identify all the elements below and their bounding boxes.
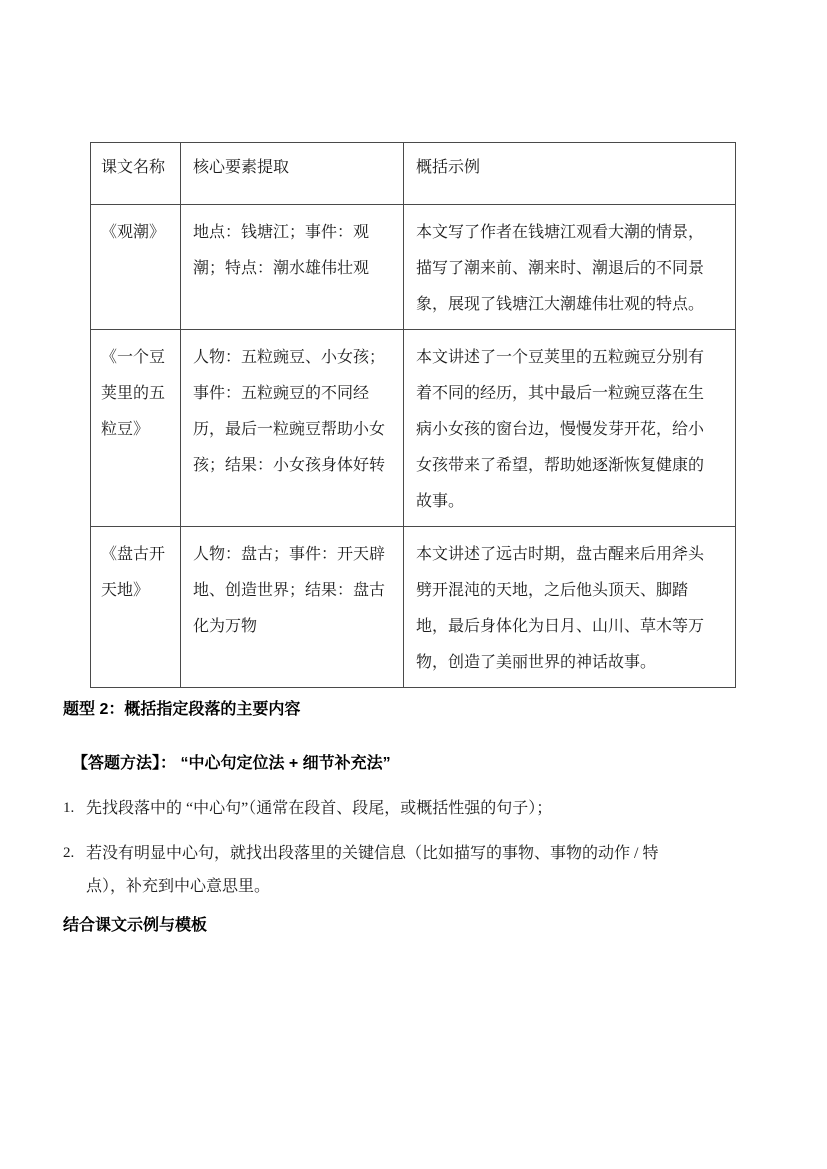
- header-summary-example: 概括示例: [404, 143, 736, 205]
- answer-method-label: 【答题方法】： “中心句定位法 + 细节补充法”: [72, 752, 784, 776]
- list-item: 1. 先找段落中的 “中心句”（通常在段首、段尾，或概括性强的句子）；: [63, 792, 775, 825]
- table-row: 《观潮》 地点：钱塘江；事件：观 潮；特点：潮水雄伟壮观 本文写了作者在钱塘江观…: [91, 205, 736, 330]
- header-lesson-name: 课文名称: [91, 143, 181, 205]
- summary-cell: 本文写了作者在钱塘江观看大潮的情景， 描写了潮来前、潮来时、潮退后的不同景 象，…: [404, 205, 736, 330]
- summary-cell: 本文讲述了一个豆荚里的五粒豌豆分别有 着不同的经历，其中最后一粒豌豆落在生 病小…: [404, 330, 736, 527]
- lesson-title-cell: 《观潮》: [91, 205, 181, 330]
- list-item: 2. 若没有明显中心句，就找出段落里的关键信息（比如描写的事物、事物的动作 / …: [63, 837, 775, 903]
- lesson-summary-table: 课文名称 核心要素提取 概括示例 《观潮》 地点：钱塘江；事件：观 潮；特点：潮…: [90, 142, 736, 688]
- list-item-number: 2.: [63, 837, 86, 870]
- lesson-title-cell: 《盘古开 天地》: [91, 527, 181, 688]
- core-elements-cell: 人物：五粒豌豆、小女孩； 事件：五粒豌豆的不同经 历，最后一粒豌豆帮助小女 孩；…: [181, 330, 404, 527]
- summary-cell: 本文讲述了远古时期，盘古醒来后用斧头 劈开混沌的天地，之后他头顶天、脚踏 地，最…: [404, 527, 736, 688]
- method-steps-list: 1. 先找段落中的 “中心句”（通常在段首、段尾，或概括性强的句子）； 2. 若…: [63, 792, 775, 915]
- header-core-elements: 核心要素提取: [181, 143, 404, 205]
- core-elements-cell: 地点：钱塘江；事件：观 潮；特点：潮水雄伟壮观: [181, 205, 404, 330]
- core-elements-cell: 人物：盘古；事件：开天辟 地、创造世界；结果：盘古 化为万物: [181, 527, 404, 688]
- list-item-number: 1.: [63, 792, 86, 825]
- footer-heading-examples-templates: 结合课文示例与模板: [63, 915, 775, 937]
- list-item-text: 先找段落中的 “中心句”（通常在段首、段尾，或概括性强的句子）；: [86, 792, 775, 825]
- table-header-row: 课文名称 核心要素提取 概括示例: [91, 143, 736, 205]
- list-item-text: 若没有明显中心句，就找出段落里的关键信息（比如描写的事物、事物的动作 / 特 点…: [86, 837, 775, 903]
- table-row: 《盘古开 天地》 人物：盘古；事件：开天辟 地、创造世界；结果：盘古 化为万物 …: [91, 527, 736, 688]
- table-row: 《一个豆 荚里的五 粒豆》 人物：五粒豌豆、小女孩； 事件：五粒豌豆的不同经 历…: [91, 330, 736, 527]
- section-heading-question-type-2: 题型 2：概括指定段落的主要内容: [63, 699, 775, 721]
- document-page: 课文名称 核心要素提取 概括示例 《观潮》 地点：钱塘江；事件：观 潮；特点：潮…: [0, 0, 827, 1169]
- lesson-title-cell: 《一个豆 荚里的五 粒豆》: [91, 330, 181, 527]
